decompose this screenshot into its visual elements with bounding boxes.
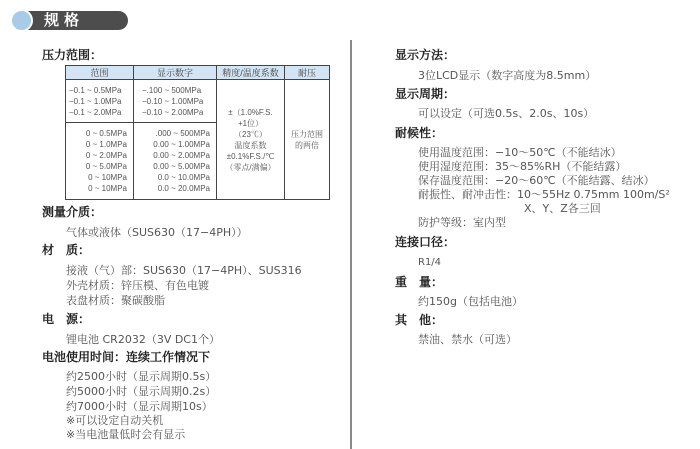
- display-cell: −.100 ~ 500MPa −0.10 ~ 1.00MPa −0.10 ~ 2…: [134, 80, 217, 123]
- pressure-range-table: 范围 显示数字 精度/温度系数 耐压 −0.1 ~ 0.5MPa −0.1 ~ …: [65, 65, 330, 200]
- table-header-row: 范围 显示数字 精度/温度系数 耐压: [66, 66, 330, 80]
- weight-heading: 重 量：: [395, 275, 443, 289]
- connection-value: R1/4: [418, 256, 441, 269]
- battery-life-note: ※当电池量低时会有显示: [66, 428, 185, 441]
- display-value: 0.00 ~ 2.00MPa: [137, 150, 210, 161]
- battery-life-line: 约7000小时（显示周期10s）: [66, 400, 213, 413]
- battery-life-heading: 电池使用时间：连续工作情况下: [42, 350, 210, 364]
- proof-pressure-line: 压力范围: [288, 129, 326, 140]
- display-value: −.100 ~ 500MPa: [142, 85, 213, 96]
- circle-bullet-icon: [10, 9, 33, 32]
- other-heading: 其 他：: [395, 313, 443, 327]
- range-value: 0 ~ 0.5MPa: [69, 128, 127, 139]
- display-period-value: 可以设定（可选0.5s、2.0s、10s）: [418, 107, 594, 120]
- section-header: 规格: [10, 9, 130, 33]
- medium-value: 气体或液体（SUS630（17−4PH））: [66, 226, 248, 239]
- column-header: 精度/温度系数: [217, 66, 285, 80]
- column-header: 耐压: [285, 66, 330, 80]
- range-cell: 0 ~ 0.5MPa 0 ~ 1.0MPa 0 ~ 2.0MPa 0 ~ 5.0…: [66, 123, 134, 200]
- accuracy-line: ±（1.0%F.S.: [220, 107, 281, 118]
- accuracy-line: +1位）: [220, 118, 281, 129]
- accuracy-line: （23℃）: [220, 129, 281, 140]
- display-value: .000 ~ 500MPa: [137, 128, 210, 139]
- display-value: −0.10 ~ 2.00MPa: [142, 107, 213, 118]
- range-cell: −0.1 ~ 0.5MPa −0.1 ~ 1.0MPa −0.1 ~ 2.0MP…: [66, 80, 134, 123]
- other-value: 禁油、禁水（可选）: [418, 333, 517, 346]
- power-value: 锂电池 CR2032（3V DC1个）: [66, 333, 220, 346]
- display-cell: .000 ~ 500MPa 0.00 ~ 1.00MPa 0.00 ~ 2.00…: [134, 123, 217, 200]
- battery-life-line: 约5000小时（显示周期0.2s）: [66, 385, 216, 398]
- section-title: 规格: [44, 11, 84, 30]
- battery-life-note: ※可以设定自动关机: [66, 414, 163, 427]
- display-method-heading: 显示方法：: [395, 48, 455, 62]
- material-heading: 材 质：: [42, 243, 90, 257]
- battery-life-line: 约2500小时（显示周期0.5s）: [66, 370, 216, 383]
- power-heading: 电 源：: [42, 312, 90, 326]
- range-value: 0 ~ 2.0MPa: [69, 150, 127, 161]
- durability-heading: 耐候性：: [395, 126, 443, 140]
- accuracy-cell: ±（1.0%F.S. +1位） （23℃） 温度系数 ±0.1%F.S./℃ （…: [217, 80, 285, 200]
- display-value: −0.10 ~ 1.00MPa: [142, 96, 213, 107]
- material-line: 表盘材质：聚碳酸脂: [66, 294, 165, 307]
- column-header: 显示数字: [134, 66, 217, 80]
- accuracy-line: （零点/满偏）: [220, 162, 281, 173]
- range-value: 0 ~ 10MPa: [69, 172, 127, 183]
- display-value: 0.00 ~ 5.00MPa: [137, 161, 210, 172]
- material-line: 接液（气）部：SUS630（17−4PH）、SUS316: [66, 264, 302, 277]
- range-value: −0.1 ~ 2.0MPa: [69, 107, 130, 118]
- column-header: 范围: [66, 66, 134, 80]
- durability-line: X、Y、Z各三回: [524, 202, 601, 215]
- proof-pressure-line: 的两倍: [288, 140, 326, 151]
- durability-line: 使用湿度范围：35～85%RH（不能结露）: [418, 160, 626, 173]
- durability-line: 使用温度范围：−10～50℃（不能结冰）: [418, 146, 622, 159]
- range-value: −0.1 ~ 1.0MPa: [69, 96, 130, 107]
- range-value: −0.1 ~ 0.5MPa: [69, 85, 130, 96]
- durability-line: 耐振性、耐冲击性：10～55Hz 0.75mm 100m/S²: [418, 188, 670, 201]
- medium-heading: 测量介质：: [42, 205, 102, 219]
- display-value: 0.00 ~ 1.00MPa: [137, 139, 210, 150]
- table-row: −0.1 ~ 0.5MPa −0.1 ~ 1.0MPa −0.1 ~ 2.0MP…: [66, 80, 330, 123]
- range-value: 0 ~ 1.0MPa: [69, 139, 127, 150]
- pressure-range-heading: 压力范围：: [42, 48, 102, 62]
- durability-line: 防护等级：室内型: [418, 216, 506, 229]
- display-period-heading: 显示周期：: [395, 87, 455, 101]
- display-method-value: 3位LCD显示（数字高度为8.5mm）: [418, 69, 596, 82]
- range-value: 0 ~ 10MPa: [69, 183, 127, 194]
- connection-heading: 连接口径：: [395, 235, 455, 249]
- weight-value: 约150g（包括电池）: [418, 295, 523, 308]
- material-line: 外壳材质：锌压模、有色电镀: [66, 279, 209, 292]
- durability-line: 保存温度范围：−20～60℃（不能结露、结冰）: [418, 174, 655, 187]
- proof-pressure-cell: 压力范围 的两倍: [285, 80, 330, 200]
- display-value: 0.0 ~ 10.0MPa: [137, 172, 210, 183]
- range-value: 0 ~ 5.0MPa: [69, 161, 127, 172]
- accuracy-line: ±0.1%F.S./℃: [220, 151, 281, 162]
- display-value: 0.0 ~ 20.0MPa: [137, 183, 210, 194]
- column-divider: [350, 40, 352, 449]
- accuracy-line: 温度系数: [220, 140, 281, 151]
